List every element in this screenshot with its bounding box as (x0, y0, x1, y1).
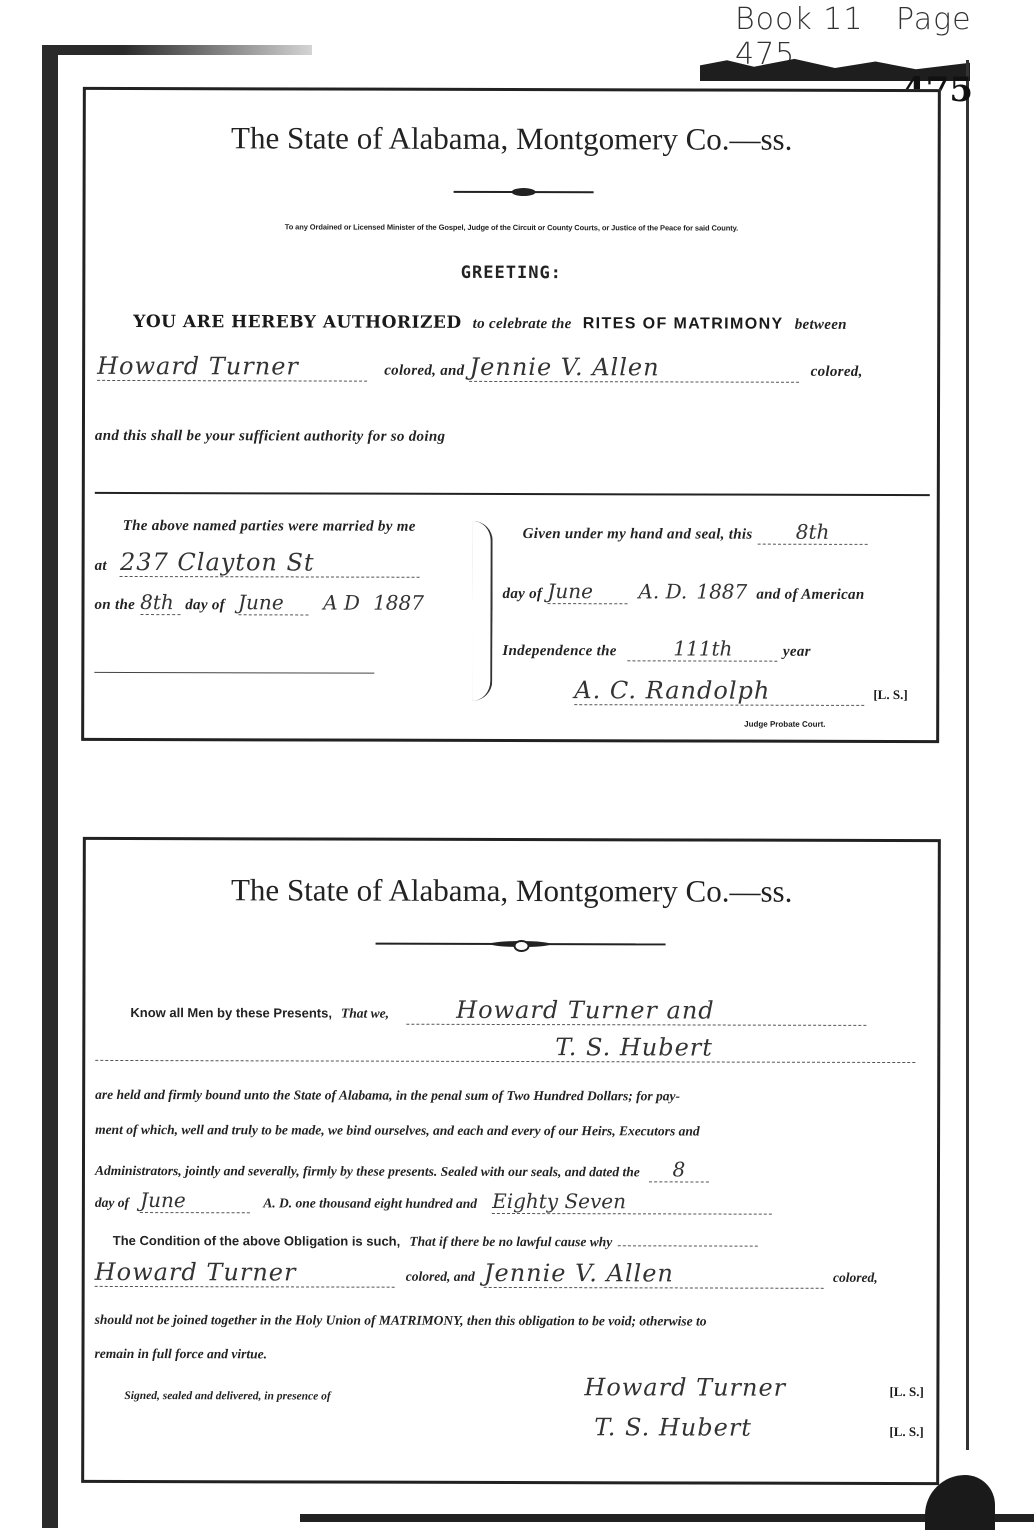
obligor-signature-2-line: T. S. Hubert [L. S.] (594, 1413, 923, 1442)
colored-label-1: colored, and (384, 363, 464, 379)
condition-line: The Condition of the above Obligation is… (113, 1230, 758, 1251)
return-day-field: 8th (140, 590, 180, 615)
independence-year-field: 111th (628, 636, 778, 661)
year-label: year (783, 644, 811, 660)
obligor-2-field: T. S. Hubert (95, 1032, 915, 1063)
scan-frame-right (966, 60, 969, 1450)
seal-1: [L. S.] (889, 1384, 923, 1399)
given-day-field: 8th (758, 520, 868, 545)
officiant-signature-line (94, 672, 374, 674)
parties-line: Howard Turner colored, and Jennie V. All… (97, 352, 863, 383)
scan-frame-bottom (300, 1514, 1034, 1522)
ornamental-divider (376, 943, 666, 946)
location-field: 237 Clayton St (120, 548, 420, 578)
sufficient-authority-line: and this shall be your sufficient author… (95, 428, 445, 446)
return-location-line: at 237 Clayton St (95, 548, 420, 578)
know-all-line: Know all Men by these Presents, That we,… (130, 995, 866, 1026)
given-date-line: day of June A. D. 1887 and of American (503, 579, 865, 605)
greeting-heading: GREETING: (85, 262, 937, 284)
bond-body-line-1: are held and firmly bound unto the State… (95, 1087, 680, 1105)
given-year-field: 1887 (696, 579, 747, 603)
return-year-field: 1887 (373, 591, 424, 615)
given-label: Given under my hand and seal, this (523, 526, 753, 543)
colored-label-2: colored, (811, 364, 863, 380)
section-rule (95, 492, 930, 496)
scan-frame-top (42, 45, 312, 55)
authorized-phrase: YOU ARE HEREBY AUTHORIZED (133, 312, 461, 333)
independence-label: Independence the (502, 643, 616, 659)
given-month-field: June (547, 579, 627, 604)
addressee-line: To any Ordained or Licensed Minister of … (85, 222, 937, 233)
obligor-1-field: Howard Turner and (406, 996, 866, 1026)
condition-blank (617, 1245, 757, 1246)
that-we-phrase: That we, (341, 1006, 389, 1021)
bond-groom-field: Howard Turner (95, 1258, 395, 1288)
bond-body-line-4: should not be joined together in the Hol… (95, 1312, 707, 1330)
know-all-phrase: Know all Men by these Presents, (130, 1005, 332, 1021)
bond-body-line-3: Administrators, jointly and severally, f… (95, 1156, 709, 1183)
judge-title: Judge Probate Court. (744, 720, 825, 729)
license-title: The State of Alabama, Montgomery Co.—ss. (86, 120, 938, 158)
obligor-2-line: T. S. Hubert (95, 1032, 915, 1063)
bond-body-line-2: ment of which, well and truly to be made… (95, 1122, 700, 1140)
marriage-license-form: The State of Alabama, Montgomery Co.—ss.… (81, 87, 941, 743)
day-of-label: day of (185, 597, 225, 613)
return-statement: The above named parties were married by … (123, 518, 416, 536)
bride-name-field: Jennie V. Allen (470, 353, 800, 383)
archive-annotation: Book 11 Page 475 (735, 2, 1034, 72)
authorization-line: YOU ARE HEREBY AUTHORIZED to celebrate t… (133, 312, 847, 334)
independence-line: Independence the 111th year (502, 636, 810, 662)
bond-ad-text: A. D. one thousand eight hundred and (263, 1195, 477, 1211)
rites-phrase: RITES OF MATRIMONY (583, 315, 784, 333)
bond-colored-label-1: colored, and (406, 1269, 475, 1284)
given-line: Given under my hand and seal, this 8th (523, 519, 868, 545)
judge-signature-line: A. C. Randolph [L. S.] (574, 676, 907, 706)
at-label: at (95, 558, 107, 574)
dated-day-field: 8 (649, 1157, 709, 1182)
divider-ring (514, 940, 530, 952)
between-word: between (795, 317, 847, 333)
american-label: and of American (756, 587, 864, 603)
condition-italic-text: That if there be no lawful cause why (409, 1234, 612, 1250)
bond-parties-line: Howard Turner colored, and Jennie V. All… (95, 1258, 878, 1289)
obligor-signature-1-line: Howard Turner [L. S.] (584, 1373, 923, 1402)
return-month-field: June (238, 590, 308, 615)
divider-ornament (512, 188, 536, 196)
judge-signature: A. C. Randolph (574, 676, 864, 706)
witness-line: Signed, sealed and delivered, in presenc… (124, 1390, 330, 1403)
celebrate-phrase: to celebrate the (473, 316, 572, 332)
judge-seal: [L. S.] (873, 687, 907, 702)
obligor-signature-2: T. S. Hubert (594, 1413, 884, 1442)
bond-colored-label-2: colored, (833, 1270, 878, 1285)
given-ad-label: A. D. (638, 579, 687, 603)
scan-frame-left (42, 48, 58, 1528)
groom-name-field: Howard Turner (97, 352, 367, 382)
brace (472, 521, 492, 701)
bond-day-of-label: day of (95, 1195, 129, 1210)
bond-date-line: day of June A. D. one thousand eight hun… (95, 1188, 772, 1215)
bond-body-line-5: remain in full force and virtue. (94, 1346, 267, 1362)
marriage-bond-form: The State of Alabama, Montgomery Co.—ss.… (81, 837, 941, 1485)
given-day-of-label: day of (503, 586, 543, 602)
bond-title: The State of Alabama, Montgomery Co.—ss. (86, 872, 938, 910)
on-the-label: on the (94, 597, 135, 613)
seal-2: [L. S.] (889, 1424, 923, 1439)
return-ad-label: A D (323, 591, 360, 615)
bond-year-words-field: Eighty Seven (492, 1189, 772, 1215)
ornamental-divider (454, 191, 594, 193)
book-reference: Book 11 (735, 2, 863, 37)
return-date-line: on the 8th day of June A D 1887 (94, 590, 424, 616)
bond-bride-field: Jennie V. Allen (484, 1259, 824, 1289)
bond-month-field: June (140, 1188, 250, 1213)
bond-body-3-text: Administrators, jointly and severally, f… (95, 1163, 640, 1179)
condition-bold-text: The Condition of the above Obligation is… (113, 1233, 400, 1249)
obligor-signature-1: Howard Turner (584, 1373, 884, 1402)
